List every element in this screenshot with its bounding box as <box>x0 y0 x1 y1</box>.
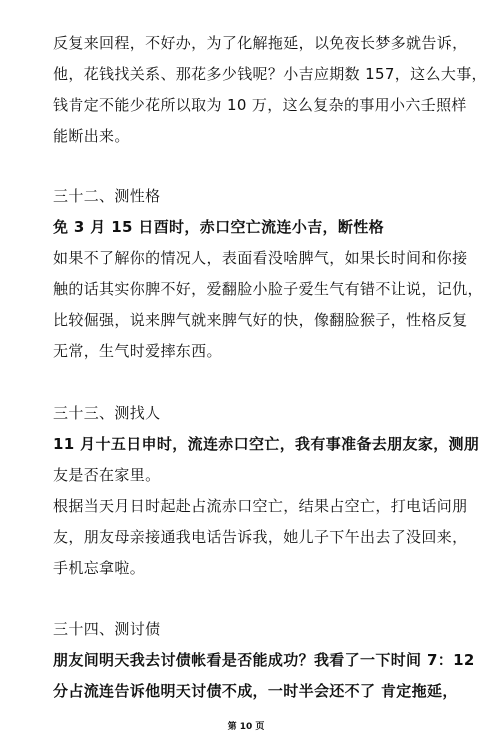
paragraph-line: 触的话其实你脾不好，爱翻脸小脸子爱生气有错不让说，记仇， <box>53 279 443 299</box>
paragraph-line: 如果不了解你的情况人，表面看没啥脾气，如果长时间和你接 <box>53 248 443 268</box>
paragraph-line: 钱肯定不能少花所以取为 10 万，这么复杂的事用小六壬照样 <box>53 95 443 115</box>
section-subheading: 朋友间明天我去讨债帐看是否能成功？我看了一下时间 7：12 <box>53 650 443 670</box>
section-heading: 三十四、测讨债 <box>53 619 443 639</box>
section-heading: 三十二、测性格 <box>53 186 443 206</box>
document-page: 反复来回程，不好办，为了化解拖延，以免夜长梦多就告诉， 他，花钱找关系、那花多少… <box>0 0 492 752</box>
section-subheading: 分占流连告诉他明天讨债不成，一时半会还不了 肯定拖延， <box>53 681 443 701</box>
section-subheading: 友是否在家里。 <box>53 465 443 485</box>
paragraph-line: 反复来回程，不好办，为了化解拖延，以免夜长梦多就告诉， <box>53 33 443 53</box>
paragraph-line: 比较倔强，说来脾气就来脾气好的快，像翻脸猴子，性格反复 <box>53 310 443 330</box>
paragraph-line: 无常，生气时爱摔东西。 <box>53 341 443 361</box>
paragraph-line: 他，花钱找关系、那花多少钱呢？小吉应期数 157，这么大事， <box>53 64 443 84</box>
paragraph-line: 能断出来。 <box>53 126 443 146</box>
section-heading: 三十三、测找人 <box>53 403 443 423</box>
paragraph-line: 根据当天月日时起赴占流赤口空亡，结果占空亡，打电话问朋 <box>53 496 443 516</box>
section-subheading: 11 月十五日申时，流连赤口空亡，我有事准备去朋友家，测朋 <box>53 434 443 454</box>
page-number: 第 10 页 <box>0 721 492 733</box>
paragraph-line: 手机忘拿啦。 <box>53 558 443 578</box>
section-subheading: 免 3 月 15 日酉时，赤口空亡流连小吉，断性格 <box>53 217 443 237</box>
paragraph-line: 友，朋友母亲接通我电话告诉我，她儿子下午出去了没回来， <box>53 527 443 547</box>
